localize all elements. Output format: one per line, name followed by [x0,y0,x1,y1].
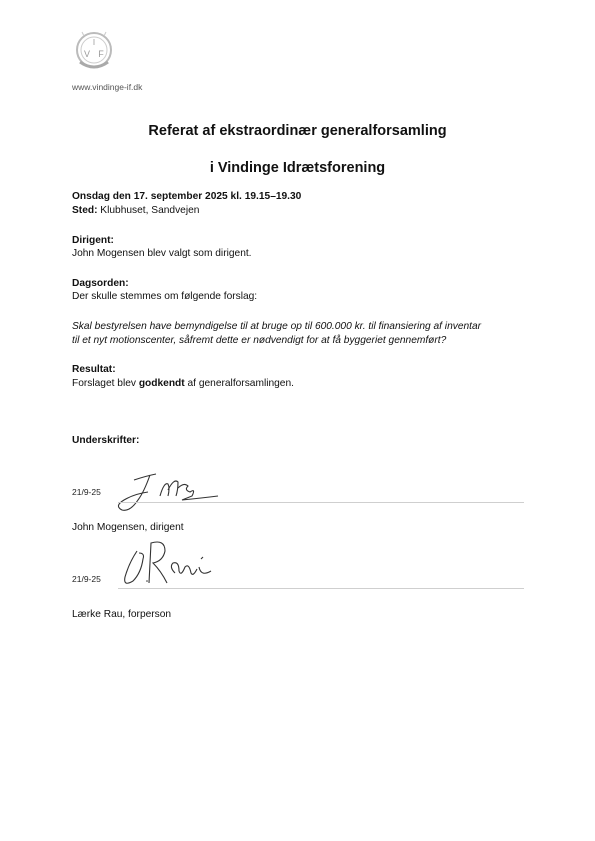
signatory-name: John Mogensen, dirigent [72,521,184,535]
signature-line [118,588,524,589]
dirigent-text: John Mogensen blev valgt som dirigent. [72,247,252,261]
location-value: Klubhuset, Sandvejen [97,205,199,216]
signatory-name: Lærke Rau, forperson [72,608,171,622]
club-crest-logo-icon: I V F [74,30,114,74]
document-title: Referat af ekstraordinær generalforsamli… [0,123,595,139]
resultat-text: Forslaget blev godkendt af generalforsam… [72,377,294,391]
svg-text:F: F [98,49,104,59]
svg-text:V: V [84,49,90,59]
meeting-location: Sted: Klubhuset, Sandvejen [72,204,199,218]
proposal-line-2: til et nyt motionscenter, såfremt dette … [72,334,446,348]
dagsorden-text: Der skulle stemmes om følgende forslag: [72,290,257,304]
handwritten-signature-icon [112,470,232,515]
handwritten-signature-icon [115,537,225,592]
location-label: Sted: [72,205,97,216]
resultat-heading: Resultat: [72,363,116,377]
document-subtitle: i Vindinge Idrætsforening [0,160,595,176]
signature-date: 21/9-25 [72,487,101,497]
proposal-line-1: Skal bestyrelsen have bemyndigelse til a… [72,320,481,334]
signature-date: 21/9-25 [72,574,101,584]
signature-line [118,502,524,503]
resultat-text-before: Forslaget blev [72,378,139,389]
signatures-heading: Underskrifter: [72,434,139,448]
dirigent-heading: Dirigent: [72,234,114,248]
resultat-approved: godkendt [139,378,185,389]
svg-text:I: I [93,38,95,47]
resultat-text-after: af generalforsamlingen. [185,378,294,389]
website-link[interactable]: www.vindinge-if.dk [72,82,142,92]
meeting-date: Onsdag den 17. september 2025 kl. 19.15–… [72,190,301,204]
dagsorden-heading: Dagsorden: [72,277,129,291]
